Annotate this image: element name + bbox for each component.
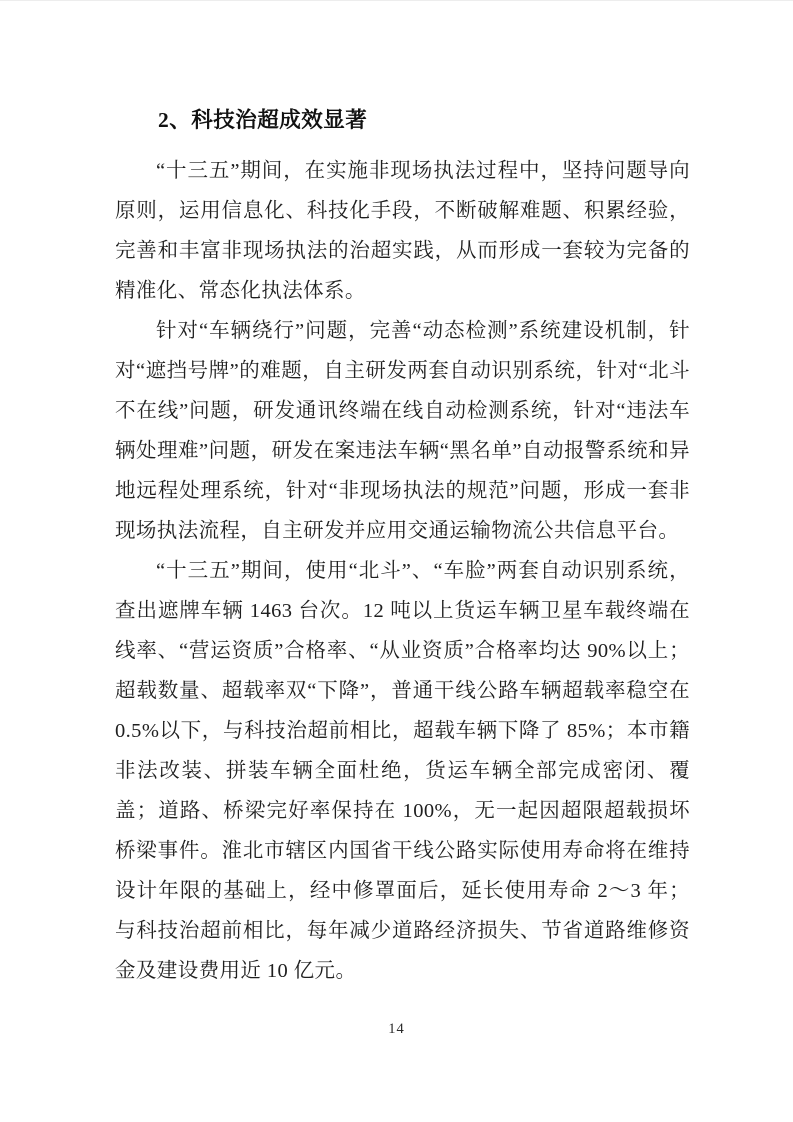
paragraph: “十三五”期间，在实施非现场执法过程中，坚持问题导向原则，运用信息化、科技化手段… — [115, 151, 690, 311]
paragraph: “十三五”期间，使用“北斗”、“车脸”两套自动识别系统，查出遮牌车辆 1463 … — [115, 551, 690, 991]
page-content: 2、科技治超成效显著 “十三五”期间，在实施非现场执法过程中，坚持问题导向原则，… — [115, 100, 690, 991]
page-number: 14 — [0, 1021, 793, 1038]
paragraph: 针对“车辆绕行”问题，完善“动态检测”系统建设机制，针对“遮挡号牌”的难题，自主… — [115, 311, 690, 551]
section-heading: 2、科技治超成效显著 — [115, 100, 690, 140]
document-page: 2、科技治超成效显著 “十三五”期间，在实施非现场执法过程中，坚持问题导向原则，… — [0, 0, 793, 1122]
